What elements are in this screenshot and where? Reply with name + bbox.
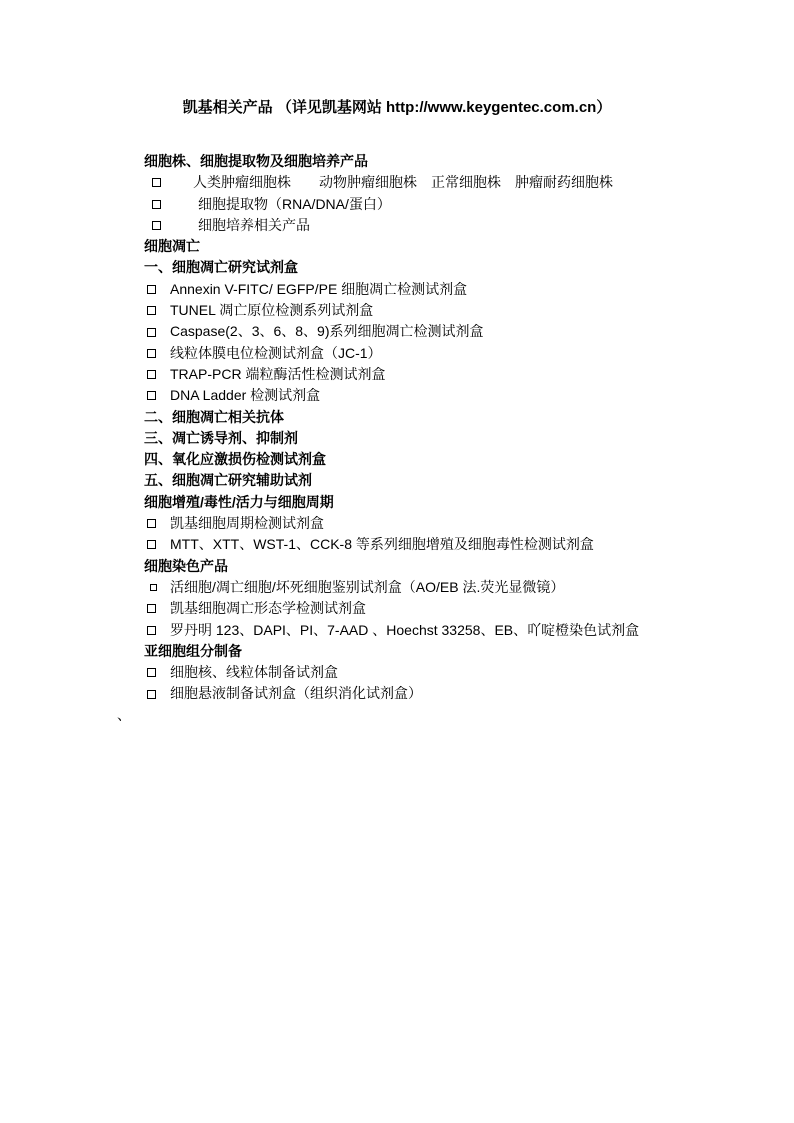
checkbox-icon[interactable] [152, 221, 161, 230]
product-item-row: MTT、XTT、WST-1、CCK-8 等系列细胞增殖及细胞毒性检测试剂盒 [0, 534, 794, 555]
section-heading: 细胞株、细胞提取物及细胞培养产品 [0, 151, 794, 172]
product-item-label: 罗丹明 123、DAPI、PI、7-AAD 、Hoechst 33258、EB、… [170, 620, 639, 641]
section-heading: 三、凋亡诱导剂、抑制剂 [0, 428, 794, 449]
checkbox-icon[interactable] [152, 200, 161, 209]
checkbox-icon[interactable] [147, 370, 156, 379]
section-heading-label: 细胞凋亡 [144, 238, 200, 254]
checkbox-icon[interactable] [147, 626, 156, 635]
product-item-label: DNA Ladder 检测试剂盒 [170, 385, 320, 406]
product-item-label: 活细胞/凋亡细胞/坏死细胞鉴别试剂盒（AO/EB 法.荧光显微镜） [170, 577, 564, 598]
section-heading-label: 亚细胞组分制备 [144, 643, 242, 659]
section-heading-label: 细胞增殖/毒性/活力与细胞周期 [144, 494, 334, 510]
product-item-label: 人类肿瘤细胞株 动物肿瘤细胞株 正常细胞株 肿瘤耐药细胞株 [193, 172, 613, 193]
section-heading: 五、细胞凋亡研究辅助试剂 [0, 470, 794, 491]
section-heading: 亚细胞组分制备 [0, 641, 794, 662]
checkbox-icon[interactable] [147, 349, 156, 358]
checkbox-icon[interactable] [147, 690, 156, 699]
product-item-label: MTT、XTT、WST-1、CCK-8 等系列细胞增殖及细胞毒性检测试剂盒 [170, 534, 594, 555]
section-heading: 细胞增殖/毒性/活力与细胞周期 [0, 492, 794, 513]
product-item-row: 凯基细胞凋亡形态学检测试剂盒 [0, 598, 794, 619]
checkbox-icon[interactable] [147, 306, 156, 315]
section-heading: 一、细胞凋亡研究试剂盒 [0, 257, 794, 278]
stray-punctuation-mark: 、 [117, 705, 131, 726]
section-heading-label: 细胞染色产品 [144, 558, 228, 574]
document-page: 凯基相关产品 （详见凯基网站 http://www.keygentec.com.… [0, 0, 794, 1123]
checkbox-icon[interactable] [147, 285, 156, 294]
product-item-label: 线粒体膜电位检测试剂盒（JC-1） [170, 343, 382, 364]
checkbox-icon[interactable] [147, 668, 156, 677]
product-item-row: 凯基细胞周期检测试剂盒 [0, 513, 794, 534]
product-item-label: 细胞提取物（RNA/DNA/蛋白） [198, 194, 391, 215]
checkbox-icon[interactable] [147, 519, 156, 528]
section-heading-label: 细胞株、细胞提取物及细胞培养产品 [144, 153, 368, 169]
product-item-row: 线粒体膜电位检测试剂盒（JC-1） [0, 343, 794, 364]
product-item-row: 细胞核、线粒体制备试剂盒 [0, 662, 794, 683]
product-item-row: 细胞提取物（RNA/DNA/蛋白） [0, 194, 794, 215]
section-heading: 二、细胞凋亡相关抗体 [0, 407, 794, 428]
product-item-label: TRAP-PCR 端粒酶活性检测试剂盒 [170, 364, 385, 385]
product-item-row: 人类肿瘤细胞株 动物肿瘤细胞株 正常细胞株 肿瘤耐药细胞株 [0, 172, 794, 193]
section-heading: 四、氧化应激损伤检测试剂盒 [0, 449, 794, 470]
checkbox-icon[interactable] [147, 604, 156, 613]
checkbox-icon[interactable] [147, 391, 156, 400]
checkbox-icon[interactable] [150, 584, 157, 591]
product-item-row: DNA Ladder 检测试剂盒 [0, 385, 794, 406]
section-heading-label: 三、凋亡诱导剂、抑制剂 [144, 430, 298, 446]
product-item-row: 细胞培养相关产品 [0, 215, 794, 236]
product-item-label: Caspase(2、3、6、8、9)系列细胞凋亡检测试剂盒 [170, 321, 484, 342]
product-item-row: 细胞悬液制备试剂盒（组织消化试剂盒） [0, 683, 794, 704]
product-item-label: 细胞核、线粒体制备试剂盒 [170, 662, 338, 683]
section-heading: 细胞凋亡 [0, 236, 794, 257]
checkbox-icon[interactable] [147, 328, 156, 337]
product-item-row: Caspase(2、3、6、8、9)系列细胞凋亡检测试剂盒 [0, 321, 794, 342]
product-item-label: Annexin V-FITC/ EGFP/PE 细胞凋亡检测试剂盒 [170, 279, 467, 300]
section-heading: 细胞染色产品 [0, 556, 794, 577]
checkbox-icon[interactable] [147, 540, 156, 549]
product-item-label: 凯基细胞凋亡形态学检测试剂盒 [170, 598, 366, 619]
section-heading-label: 一、细胞凋亡研究试剂盒 [144, 259, 298, 275]
product-item-row: 罗丹明 123、DAPI、PI、7-AAD 、Hoechst 33258、EB、… [0, 620, 794, 641]
product-item-label: 凯基细胞周期检测试剂盒 [170, 513, 324, 534]
product-item-row: TUNEL 凋亡原位检测系列试剂盒 [0, 300, 794, 321]
product-item-label: 细胞悬液制备试剂盒（组织消化试剂盒） [170, 683, 422, 704]
document-body: 细胞株、细胞提取物及细胞培养产品人类肿瘤细胞株 动物肿瘤细胞株 正常细胞株 肿瘤… [0, 151, 794, 705]
section-heading-label: 四、氧化应激损伤检测试剂盒 [144, 451, 326, 467]
checkbox-icon[interactable] [152, 178, 161, 187]
product-item-row: Annexin V-FITC/ EGFP/PE 细胞凋亡检测试剂盒 [0, 279, 794, 300]
section-heading-label: 二、细胞凋亡相关抗体 [144, 409, 284, 425]
section-heading-label: 五、细胞凋亡研究辅助试剂 [144, 472, 312, 488]
document-title: 凯基相关产品 （详见凯基网站 http://www.keygentec.com.… [0, 97, 794, 119]
product-item-row: TRAP-PCR 端粒酶活性检测试剂盒 [0, 364, 794, 385]
product-item-label: TUNEL 凋亡原位检测系列试剂盒 [170, 300, 373, 321]
product-item-row: 活细胞/凋亡细胞/坏死细胞鉴别试剂盒（AO/EB 法.荧光显微镜） [0, 577, 794, 598]
product-item-label: 细胞培养相关产品 [198, 215, 310, 236]
